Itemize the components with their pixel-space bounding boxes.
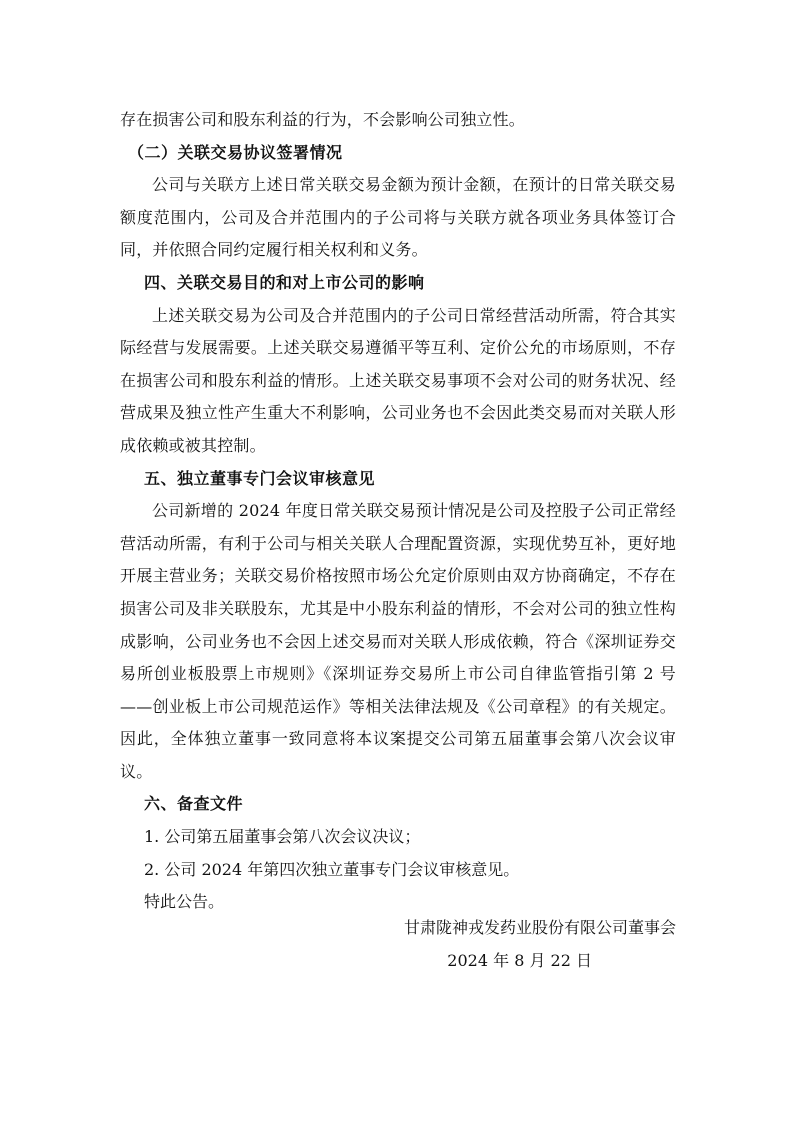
section-paragraph: 上述关联交易为公司及合并范围内的子公司日常经营活动所需，符合其实际经营与发展需要… bbox=[120, 300, 676, 463]
signature-organization: 甘肃陇神戎发药业股份有限公司董事会 bbox=[120, 912, 676, 944]
section-heading-purpose: 四、关联交易目的和对上市公司的影响 bbox=[120, 267, 676, 300]
signature-date: 2024 年 8 月 22 日 bbox=[120, 945, 676, 977]
opening-line: 存在损害公司和股东利益的行为，不会影响公司独立性。 bbox=[120, 104, 676, 137]
document-page: 存在损害公司和股东利益的行为，不会影响公司独立性。 （二）关联交易协议签署情况 … bbox=[120, 104, 676, 919]
section-paragraph: 公司新增的 2024 年度日常关联交易预计情况是公司及控股子公司正常经营活动所需… bbox=[120, 495, 676, 788]
section-heading-agreement: （二）关联交易协议签署情况 bbox=[120, 137, 676, 170]
reference-doc-item: 2. 公司 2024 年第四次独立董事专门会议审核意见。 bbox=[120, 854, 676, 887]
reference-doc-item: 1. 公司第五届董事会第八次会议决议； bbox=[120, 821, 676, 854]
section-paragraph: 公司与关联方上述日常关联交易金额为预计金额，在预计的日常关联交易额度范围内，公司… bbox=[120, 169, 676, 267]
section-heading-independent-directors: 五、独立董事专门会议审核意见 bbox=[120, 463, 676, 496]
section-heading-reference-docs: 六、备查文件 bbox=[120, 788, 676, 821]
